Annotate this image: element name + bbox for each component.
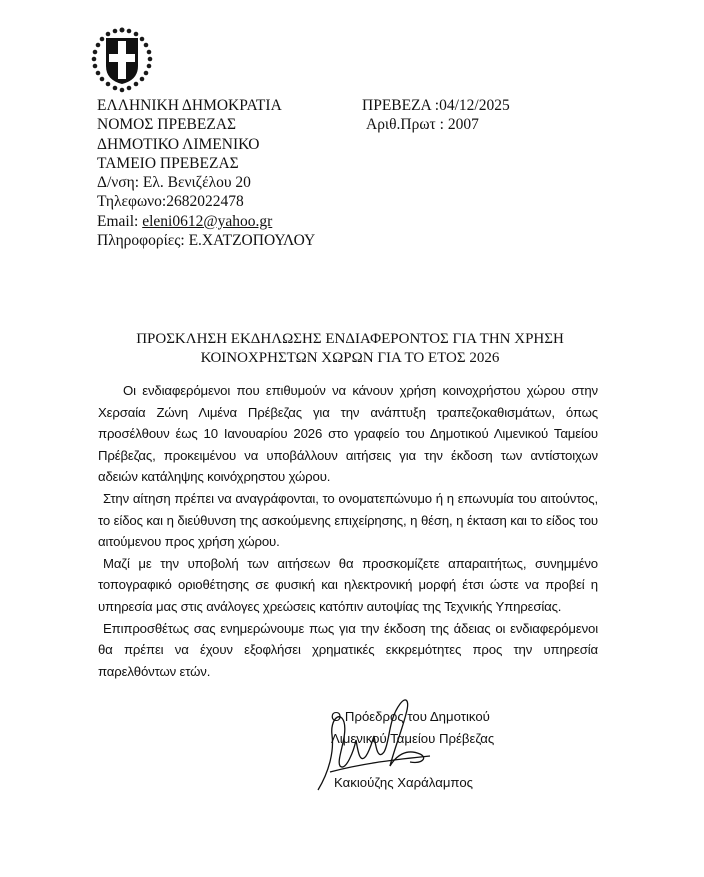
header-address: Δ/νση: Ελ. Βενιζέλου 20 xyxy=(97,173,315,192)
sender-block: ΕΛΛΗΝΙΚΗ ΔΗΜΟΚΡΑΤΙΑ ΝΟΜΟΣ ΠΡΕΒΕΖΑΣ ΔΗΜΟΤ… xyxy=(97,96,315,250)
header-line-republic: ΕΛΛΗΝΙΚΗ ΔΗΜΟΚΡΑΤΙΑ xyxy=(97,96,315,115)
title-line-2: ΚΟΙΝΟΧΡΗΣΤΩΝ ΧΩΡΩΝ ΓΙΑ ΤΟ ΕΤΟΣ 2026 xyxy=(100,349,600,368)
title-line-1: ΠΡΟΣΚΛΗΣΗ ΕΚΔΗΛΩΣΗΣ ΕΝΔΙΑΦΕΡΟΝΤΟΣ ΓΙΑ ΤΗ… xyxy=(100,330,600,349)
header-email-line: Email: eleni0612@yahoo.gr xyxy=(97,212,315,231)
signatory-name: Κακιούζης Χαράλαμπος xyxy=(331,772,494,794)
signature-title-line-1: Ο Πρόεδρος του Δημοτικού xyxy=(331,706,494,728)
date-protocol-block: ΠΡΕΒΕΖΑ :04/12/2025 Αριθ.Πρωτ : 2007 xyxy=(362,96,510,135)
email-link[interactable]: eleni0612@yahoo.gr xyxy=(142,213,272,230)
body-paragraph: Μαζί με την υποβολή των αιτήσεων θα προσ… xyxy=(98,553,598,618)
greek-coat-of-arms-icon xyxy=(88,24,156,94)
header-line-prefecture: ΝΟΜΟΣ ΠΡΕΒΕΖΑΣ xyxy=(97,115,315,134)
body-paragraph: Οι ενδιαφερόμενοι που επιθυμούν να κάνου… xyxy=(98,380,598,488)
body-paragraph: Στην αίτηση πρέπει να αναγράφονται, το ο… xyxy=(98,488,598,553)
header-line-municipal: ΔΗΜΟΤΙΚΟ ΛΙΜΕΝΙΚΟ xyxy=(97,135,315,154)
email-label: Email: xyxy=(97,213,142,230)
body-paragraph: Επιπροσθέτως σας ενημερώνουμε πως για τη… xyxy=(98,618,598,683)
document-body: Οι ενδιαφερόμενοι που επιθυμούν να κάνου… xyxy=(98,380,598,682)
place-date: ΠΡΕΒΕΖΑ :04/12/2025 xyxy=(362,96,510,115)
protocol-number: Αριθ.Πρωτ : 2007 xyxy=(362,115,510,134)
header-line-fund: ΤΑΜΕΙΟ ΠΡΕΒΕΖΑΣ xyxy=(97,154,315,173)
header-phone: Τηλεφωνο:2682022478 xyxy=(97,192,315,211)
header-info: Πληροφορίες: Ε.ΧΑΤΖΟΠΟΥΛΟΥ xyxy=(97,231,315,250)
signature-block: Ο Πρόεδρος του Δημοτικού Λιμενικού Ταμεί… xyxy=(331,706,494,794)
document-title: ΠΡΟΣΚΛΗΣΗ ΕΚΔΗΛΩΣΗΣ ΕΝΔΙΑΦΕΡΟΝΤΟΣ ΓΙΑ ΤΗ… xyxy=(100,330,600,368)
signature-title-line-2: Λιμενικού Ταμείου Πρέβεζας xyxy=(331,728,494,750)
